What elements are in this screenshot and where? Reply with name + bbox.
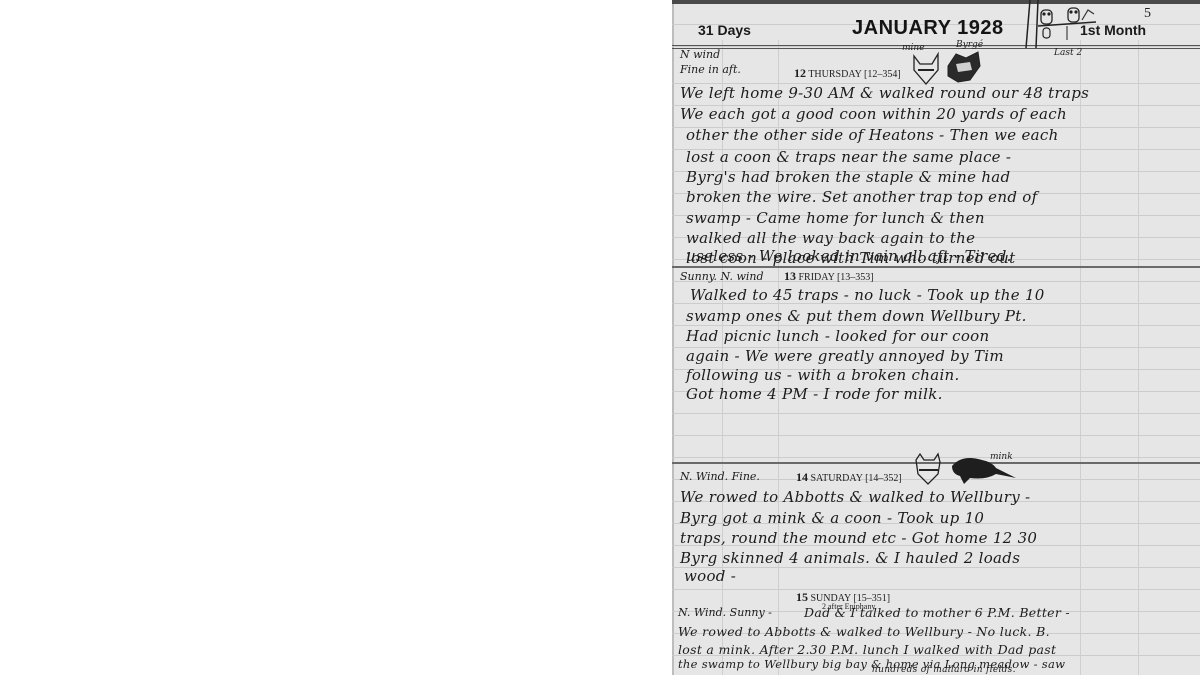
day-number: 12	[794, 66, 806, 80]
entry-line: hundreds of mallard in fields.	[872, 665, 1016, 675]
entry-line: Dad & I talked to mother 6 P.M. Better -	[804, 605, 1070, 620]
day-name: THURSDAY	[808, 69, 861, 80]
day-number: 13	[784, 269, 796, 283]
entry-line: swamp ones & put them down Wellbury Pt.	[686, 307, 1027, 325]
day-name: FRIDAY	[799, 272, 835, 283]
day-separator	[672, 266, 1200, 268]
day-count: [13–353]	[837, 272, 874, 283]
mink-sketch-caption: mink	[990, 452, 1013, 462]
raccoon-heads-sketch-icon	[910, 50, 990, 88]
weather-note: N wind	[680, 48, 720, 61]
day-name: SATURDAY	[811, 473, 863, 484]
entry-line: other the other side of Heatons - Then w…	[686, 126, 1059, 144]
weather-note: Fine in aft.	[680, 63, 741, 76]
entry-line: lost a coon & traps near the same place …	[686, 148, 1011, 166]
entry-line: Got home 4 PM - I rode for milk.	[686, 385, 943, 403]
entry-line: again - We were greatly annoyed by Tim	[686, 347, 1004, 365]
entry-line: Byrg got a mink & a coon - Took up 10	[680, 509, 984, 527]
weather-note: N. Wind. Fine.	[680, 470, 760, 483]
day-number: 14	[796, 470, 808, 484]
day-header-saturday: 14 SATURDAY [14–352]	[796, 470, 902, 485]
day-header-friday: 13 FRIDAY [13–353]	[784, 269, 874, 284]
entry-line: walked all the way back again to the	[686, 229, 975, 247]
entry-line: following us - with a broken chain.	[686, 366, 960, 384]
entry-line: useless - We looked in vain all aft - Ti…	[686, 247, 1012, 265]
blank-canvas-area	[0, 0, 672, 675]
owls-on-branch-sketch-icon	[1024, 0, 1114, 50]
column-rule	[1080, 40, 1081, 675]
fox-sketch-caption-right: Byrgé	[956, 40, 983, 50]
entry-line: We left home 9-30 AM & walked round our …	[680, 84, 1089, 102]
page-header: 31 Days JANUARY 1928 1st Month 5	[672, 0, 1200, 44]
days-count-label: 31 Days	[698, 22, 751, 38]
entry-line: We rowed to Abbotts & walked to Wellbury…	[680, 488, 1030, 506]
diary-page: 31 Days JANUARY 1928 1st Month 5 Last 2 …	[672, 0, 1200, 675]
column-rule	[1138, 40, 1139, 675]
owls-sketch-caption: Last 2	[1054, 48, 1082, 58]
entry-line: Byrg's had broken the staple & mine had	[686, 168, 1010, 186]
page-number: 5	[1144, 6, 1151, 22]
entry-line: We rowed to Abbotts & walked to Wellbury…	[678, 624, 1050, 639]
weather-note: N. Wind. Sunny -	[678, 606, 772, 619]
day-count: [12–354]	[864, 69, 901, 80]
entry-line: lost a mink. After 2.30 P.M. lunch I wal…	[678, 642, 1056, 657]
day-header-thursday: 12 THURSDAY [12–354]	[794, 66, 901, 81]
entry-line: We each got a good coon within 20 yards …	[680, 105, 1067, 123]
entry-line: Byrg skinned 4 animals. & I hauled 2 loa…	[680, 549, 1020, 567]
entry-line: swamp - Came home for lunch & then	[686, 209, 985, 227]
entry-line: Walked to 45 traps - no luck - Took up t…	[690, 286, 1045, 304]
entry-line: Had picnic lunch - looked for our coon	[686, 327, 989, 345]
entry-line: broken the wire. Set another trap top en…	[686, 188, 1037, 206]
entry-line: wood -	[684, 567, 736, 585]
header-rule	[672, 45, 1200, 49]
month-title: JANUARY 1928	[852, 17, 1004, 40]
day-count: [14–352]	[865, 473, 902, 484]
day-number: 15	[796, 590, 808, 604]
entry-line: traps, round the mound etc - Got home 12…	[680, 529, 1037, 547]
weather-note: Sunny. N. wind	[680, 270, 764, 283]
